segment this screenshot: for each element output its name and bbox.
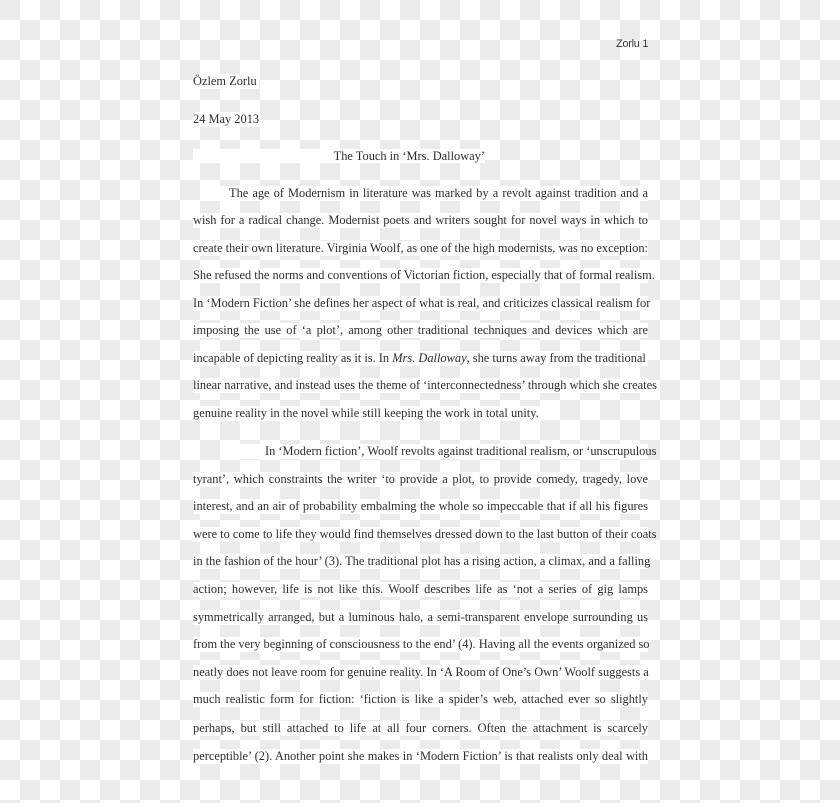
text-line: The age of Modernism in literature was m… — [200, 186, 648, 201]
text-line: symmetrically arranged, but a luminous h… — [193, 610, 648, 625]
text-line: She refused the norms and conventions of… — [193, 268, 648, 283]
document-page: Zorlu 1 Özlem Zorlu 24 May 2013 The Touc… — [0, 0, 840, 803]
text-line: In ‘Modern Fiction’ she defines her aspe… — [193, 296, 648, 311]
text-line: create their own literature. Virginia Wo… — [193, 241, 648, 256]
text-segment: , she turns away from the traditional — [467, 351, 646, 365]
text-line: In ‘Modern fiction’, Woolf revolts again… — [228, 444, 648, 459]
text-line: much realistic form for fiction: ‘fictio… — [193, 692, 648, 707]
page-header-number: Zorlu 1 — [616, 38, 648, 50]
document-title-strip: The Touch in ‘Mrs. Dalloway’ — [193, 149, 485, 163]
text-line: wish for a radical change. Modernist poe… — [193, 213, 648, 228]
text-line: action; however, life is not like this. … — [193, 582, 648, 597]
text-segment: incapable of depicting reality as it is.… — [193, 351, 392, 365]
text-line: linear narrative, and instead uses the t… — [193, 378, 648, 393]
author-name: Özlem Zorlu — [193, 74, 259, 89]
text-line: neatly does not leave room for genuine r… — [193, 665, 648, 680]
text-line: perhaps, but still attached to life at a… — [193, 721, 648, 736]
text-line: in the fashion of the hour’ (3). The tra… — [193, 554, 648, 569]
text-line: imposing the use of ‘a plot’, among othe… — [193, 323, 648, 338]
text-line: were to come to life they would find the… — [193, 527, 648, 542]
text-line: incapable of depicting reality as it is.… — [193, 351, 648, 366]
text-line: from the very beginning of consciousness… — [193, 637, 648, 652]
document-date: 24 May 2013 — [193, 112, 261, 127]
text-line: tyrant’, which constraints the writer ‘t… — [193, 472, 648, 487]
text-line: perceptible’ (2). Another point she make… — [193, 749, 648, 764]
document-title: The Touch in ‘Mrs. Dalloway’ — [334, 149, 485, 163]
text-line: interest, and an air of probability emba… — [193, 499, 648, 514]
italic-title: Mrs. Dalloway — [392, 351, 466, 365]
text-line: genuine reality in the novel while still… — [193, 406, 541, 421]
